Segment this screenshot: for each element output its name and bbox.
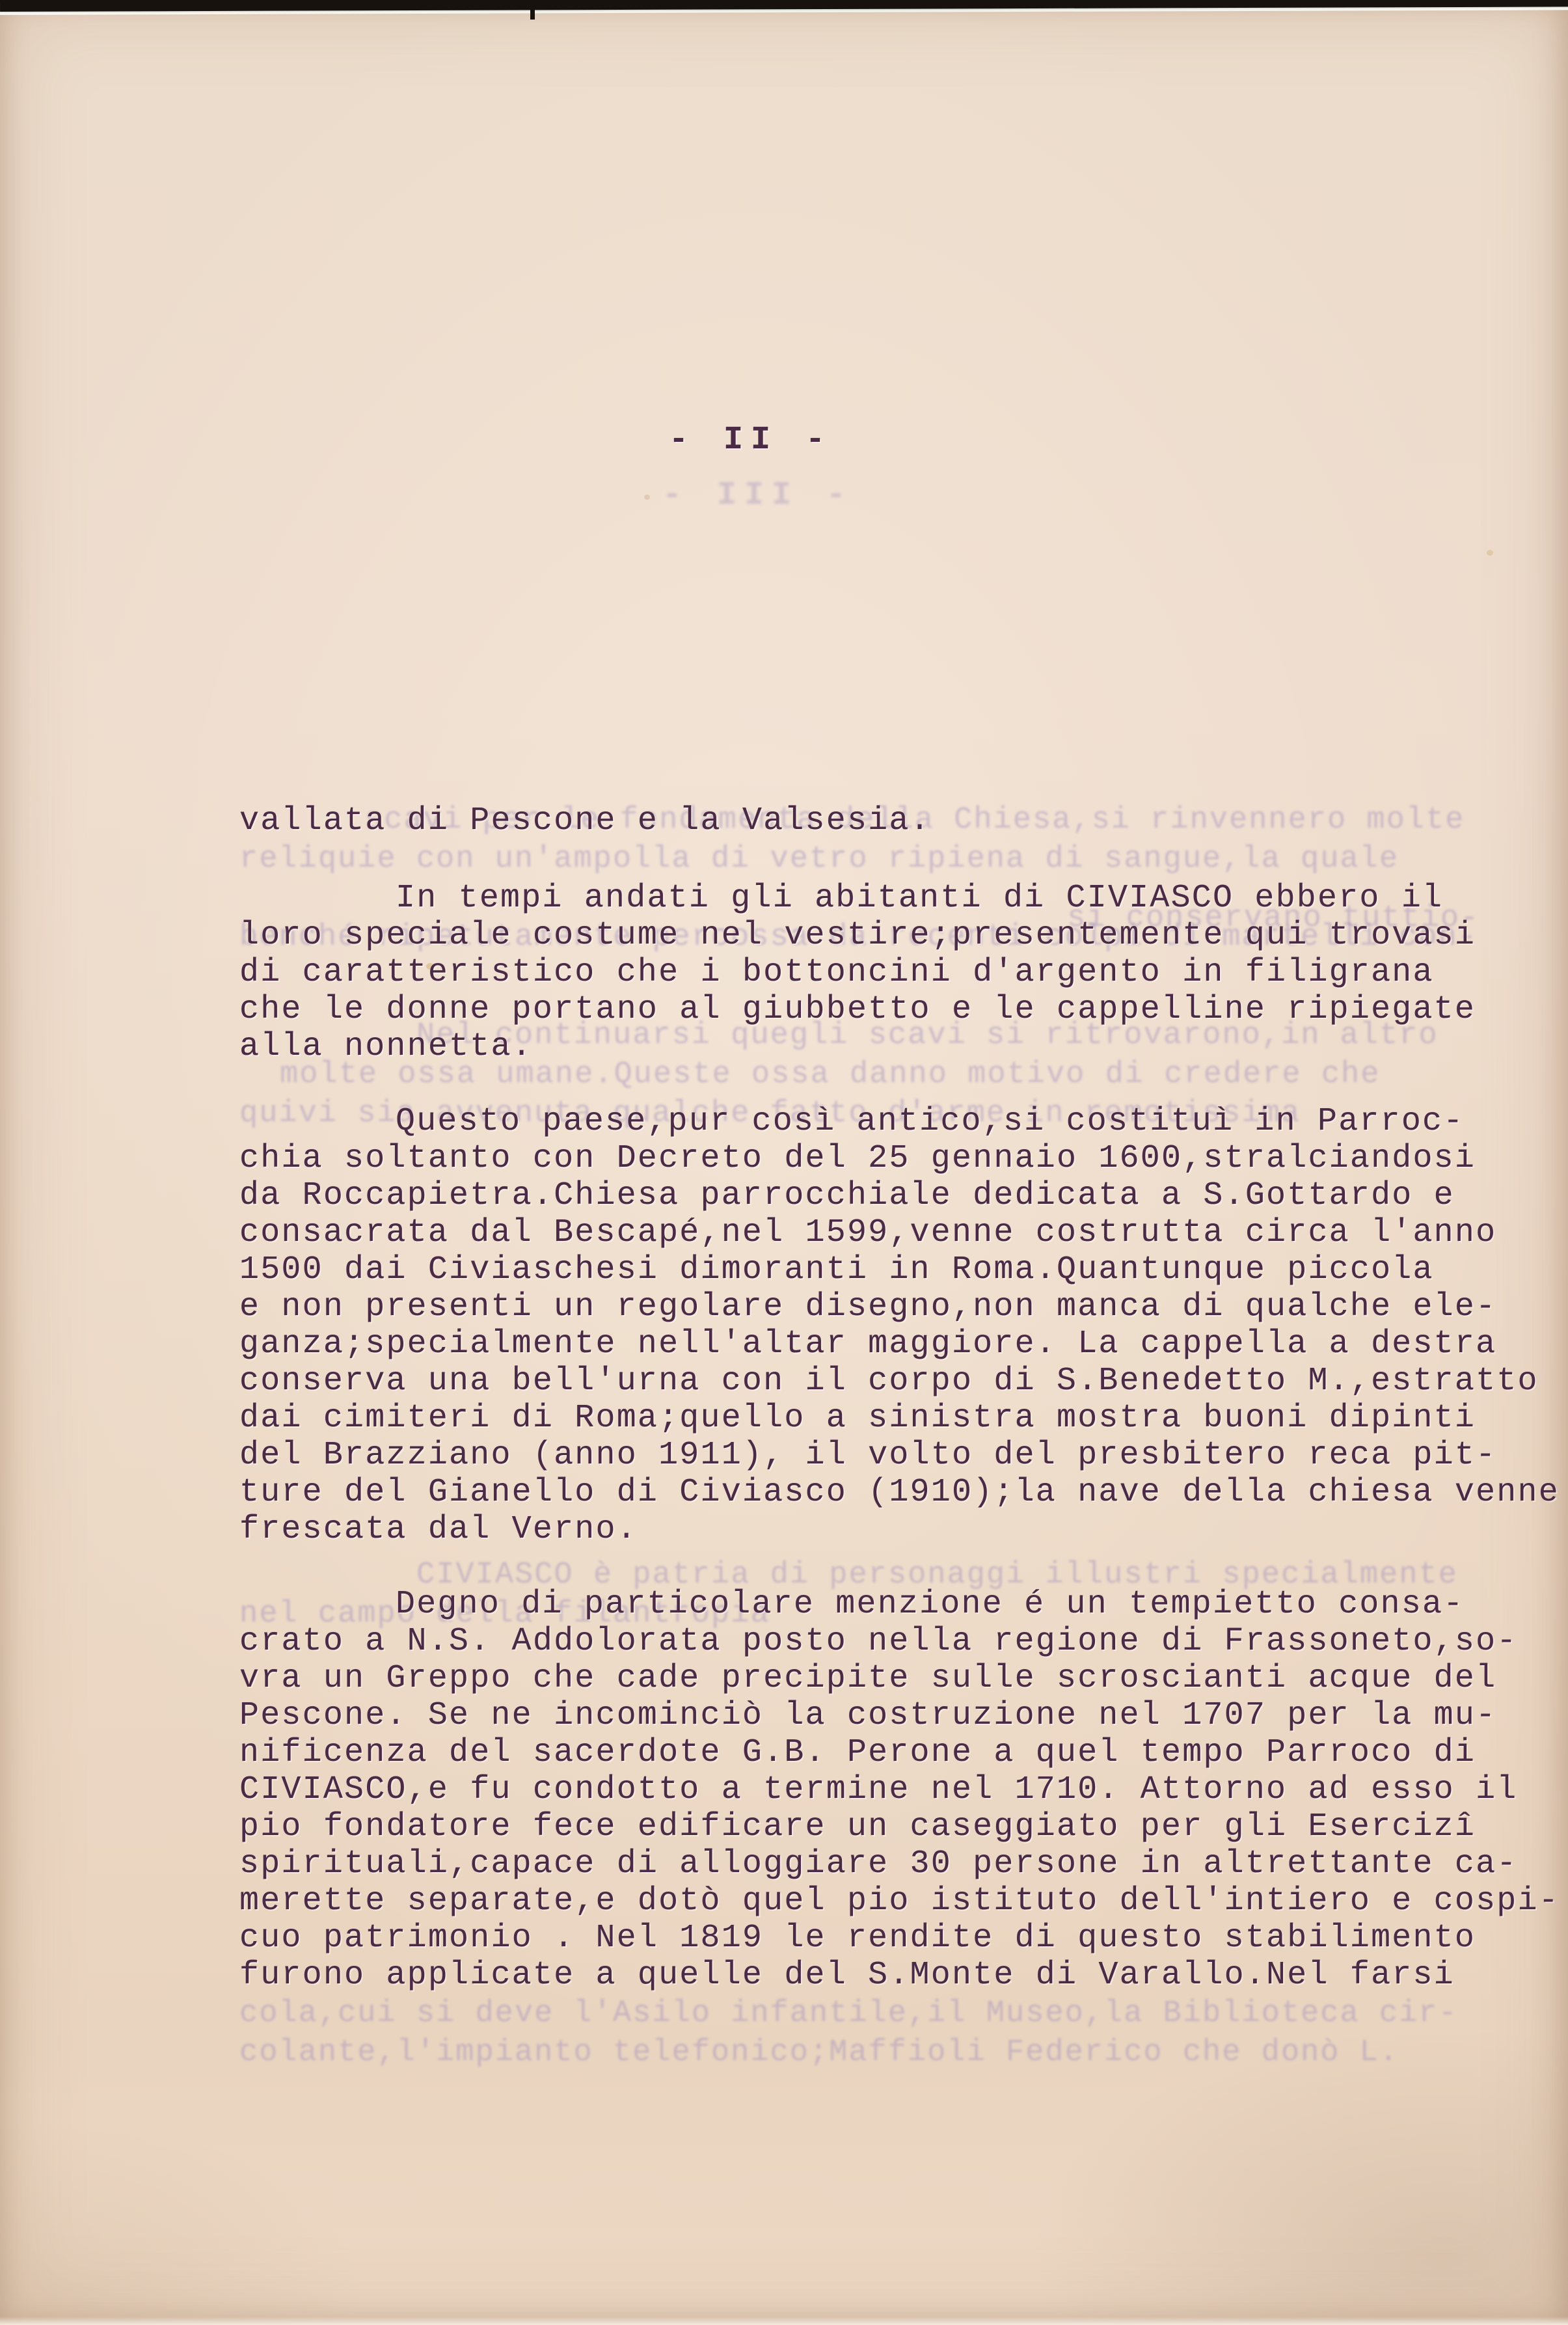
- paragraph: Degno di particolare menzione é un tempi…: [239, 1586, 1568, 1994]
- paper-fleck: [644, 495, 650, 500]
- paper-fleck: [1487, 550, 1493, 556]
- scanned-document-page: scavi per le fondamenta della Chiesa,si …: [0, 0, 1568, 2325]
- ghost-fragment: cola,cui si deve l'Asilo infantile,il Mu…: [239, 1995, 1458, 2032]
- ghost-fragment: reliquie con un'ampolla di vetro ripiena…: [239, 841, 1399, 878]
- paragraph: vallata di Pescone e la Valsesia.: [239, 802, 1568, 839]
- paragraph: Questo paese,pur così antico,si costituì…: [239, 1103, 1568, 1548]
- ghost-page-number: - III -: [662, 477, 854, 514]
- page-number: - II -: [669, 422, 833, 459]
- ghost-fragment: colante,l'impianto telefonico;Maffioli F…: [239, 2034, 1399, 2071]
- paper-bottom-edge: [0, 2317, 1568, 2325]
- paragraph: In tempi andati gli abitanti di CIVIASCO…: [239, 880, 1568, 1065]
- scan-top-notch: [530, 0, 535, 20]
